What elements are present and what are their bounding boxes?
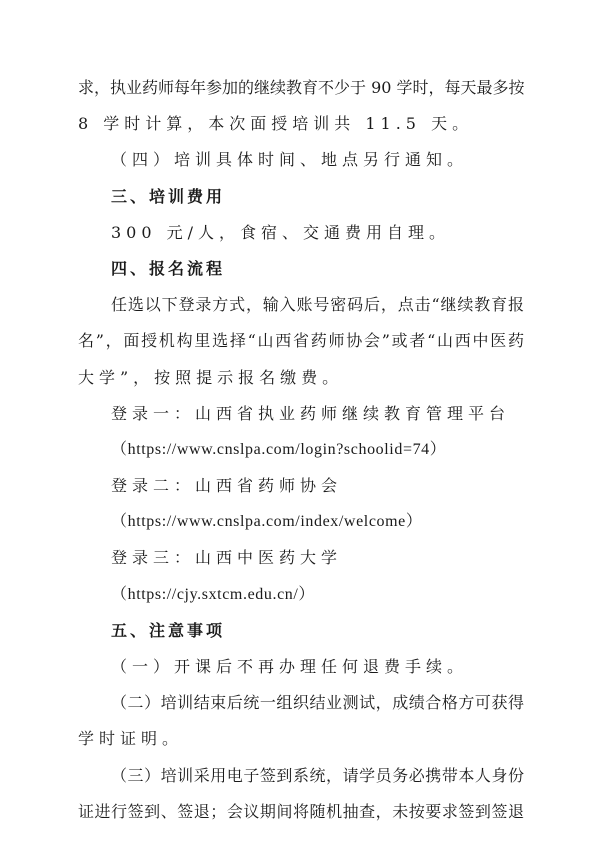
login-option-2-label: 登录二：山西省药师协会 <box>78 474 524 510</box>
note-item-2: （二）培训结束后统一组织结业测试，成绩合格方可获得 <box>78 691 524 727</box>
paragraph-line: 名”，面授机构里选择“山西省药师协会”或者“山西中医药 <box>78 329 524 365</box>
section-heading-fees: 三、培训费用 <box>78 185 524 221</box>
login-option-1-label: 登录一：山西省执业药师继续教育管理平台 <box>78 402 524 438</box>
paragraph-line: 大学”，按照提示报名缴费。 <box>78 366 524 402</box>
note-item-2-continued: 学时证明。 <box>78 727 524 763</box>
login-option-3-label: 登录三：山西中医药大学 <box>78 546 524 582</box>
section-heading-registration: 四、报名流程 <box>78 257 524 293</box>
note-item-3: （三）培训采用电子签到系统，请学员务必携带本人身份 <box>78 764 524 800</box>
document-page: 求，执业药师每年参加的继续教育不少于 90 学时，每天最多按 8 学时计算，本次… <box>78 76 524 836</box>
login-option-3-url[interactable]: （https://cjy.sxtcm.edu.cn/） <box>78 583 524 619</box>
login-option-1-url[interactable]: （https://www.cnslpa.com/login?schoolid=7… <box>78 438 524 474</box>
list-item-four: （四）培训具体时间、地点另行通知。 <box>78 148 524 184</box>
fee-text: 300 元/人，食宿、交通费用自理。 <box>78 221 524 257</box>
note-item-1: （一）开课后不再办理任何退费手续。 <box>78 655 524 691</box>
section-heading-notes: 五、注意事项 <box>78 619 524 655</box>
paragraph-line: 求，执业药师每年参加的继续教育不少于 90 学时，每天最多按 <box>78 76 524 112</box>
paragraph-line: 8 学时计算，本次面授培训共 11.5 天。 <box>78 112 524 148</box>
note-item-3-continued: 证进行签到、签退；会议期间将随机抽查，未按要求签到签退 <box>78 800 524 836</box>
login-option-2-url[interactable]: （https://www.cnslpa.com/index/welcome） <box>78 510 524 546</box>
paragraph-line: 任选以下登录方式，输入账号密码后，点击“继续教育报 <box>78 293 524 329</box>
